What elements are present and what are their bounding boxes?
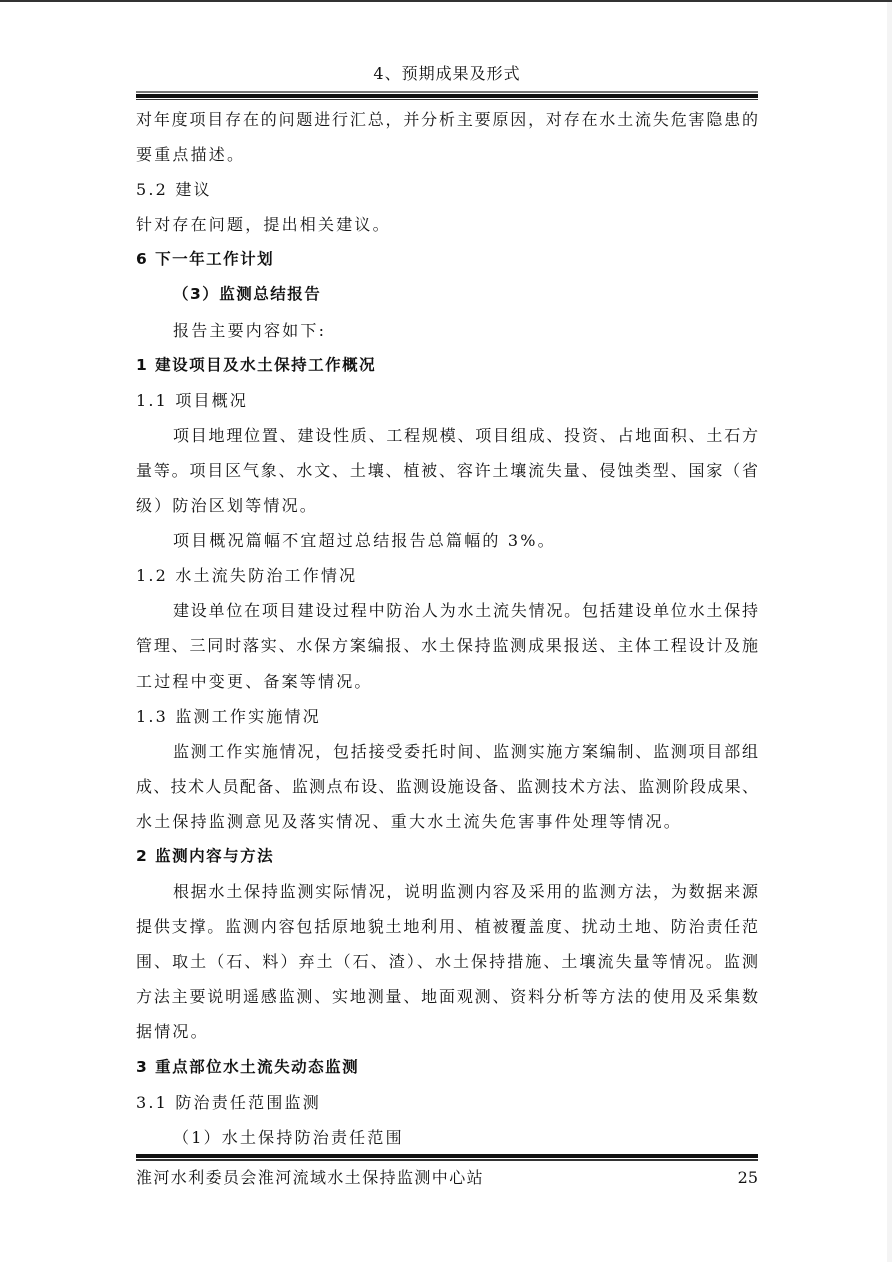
section-heading-1: 1 建设项目及水土保持工作概况 bbox=[136, 348, 758, 383]
section-heading-5-2: 5.2 建议 bbox=[136, 172, 758, 207]
section-heading-2: 2 监测内容与方法 bbox=[136, 839, 758, 874]
paragraph-line: 工过程中变更、备案等情况。 bbox=[136, 664, 758, 699]
section-heading-1-1: 1.1 项目概况 bbox=[136, 383, 758, 418]
section-heading-1-2: 1.2 水土流失防治工作情况 bbox=[136, 558, 758, 593]
footer-double-rule bbox=[136, 1154, 758, 1161]
footer-organization: 淮河水利委员会淮河流域水土保持监测中心站 bbox=[136, 1165, 484, 1191]
paragraph-line: 监测工作实施情况，包括接受委托时间、监测实施方案编制、监测项目部组 bbox=[136, 734, 758, 769]
paragraph-line: 提供支撑。监测内容包括原地貌土地利用、植被覆盖度、扰动土地、防治责任范 bbox=[136, 909, 758, 944]
section-heading-6: 6 下一年工作计划 bbox=[136, 242, 758, 277]
page-edge-shade bbox=[887, 2, 892, 1262]
subsection-heading-monitoring-summary: （3）监测总结报告 bbox=[136, 277, 758, 312]
paragraph-line: 管理、三同时落实、水保方案编报、水土保持监测成果报送、主体工程设计及施 bbox=[136, 628, 758, 663]
paragraph-line: 项目概况篇幅不宜超过总结报告总篇幅的 3%。 bbox=[136, 523, 758, 558]
paragraph-line: 建设单位在项目建设过程中防治人为水土流失情况。包括建设单位水土保持 bbox=[136, 593, 758, 628]
page-top-border bbox=[0, 0, 892, 2]
paragraph-line: 水土保持监测意见及落实情况、重大水土流失危害事件处理等情况。 bbox=[136, 804, 758, 839]
paragraph-line: 根据水土保持监测实际情况，说明监测内容及采用的监测方法，为数据来源 bbox=[136, 874, 758, 909]
paragraph-line: 成、技术人员配备、监测点布设、监测设施设备、监测技术方法、监测阶段成果、 bbox=[136, 769, 758, 804]
paragraph-line: 要重点描述。 bbox=[136, 137, 758, 172]
section-heading-3: 3 重点部位水土流失动态监测 bbox=[136, 1050, 758, 1085]
paragraph-line: 方法主要说明遥感监测、实地测量、地面观测、资料分析等方法的使用及采集数 bbox=[136, 979, 758, 1014]
paragraph-line: 针对存在问题，提出相关建议。 bbox=[136, 207, 758, 242]
list-item-responsibility-scope: （1）水土保持防治责任范围 bbox=[136, 1120, 758, 1155]
page-number: 25 bbox=[738, 1165, 758, 1191]
page-header-title: 4、预期成果及形式 bbox=[136, 62, 758, 86]
paragraph-line: 量等。项目区气象、水文、土壤、植被、容许土壤流失量、侵蚀类型、国家（省 bbox=[136, 453, 758, 488]
header-double-rule bbox=[136, 91, 758, 100]
paragraph-line: 对年度项目存在的问题进行汇总，并分析主要原因，对存在水土流失危害隐患的 bbox=[136, 102, 758, 137]
paragraph-line: 项目地理位置、建设性质、工程规模、项目组成、投资、占地面积、土石方 bbox=[136, 418, 758, 453]
document-body: 对年度项目存在的问题进行汇总，并分析主要原因，对存在水土流失危害隐患的 要重点描… bbox=[136, 102, 758, 1155]
section-heading-1-3: 1.3 监测工作实施情况 bbox=[136, 699, 758, 734]
paragraph-line: 报告主要内容如下: bbox=[136, 313, 758, 348]
paragraph-line: 级）防治区划等情况。 bbox=[136, 488, 758, 523]
page-footer: 淮河水利委员会淮河流域水土保持监测中心站 25 bbox=[136, 1165, 758, 1191]
paragraph-line: 据情况。 bbox=[136, 1014, 758, 1049]
paragraph-line: 围、取土（石、料）弃土（石、渣）、水土保持措施、土壤流失量等情况。监测 bbox=[136, 944, 758, 979]
section-heading-3-1: 3.1 防治责任范围监测 bbox=[136, 1085, 758, 1120]
